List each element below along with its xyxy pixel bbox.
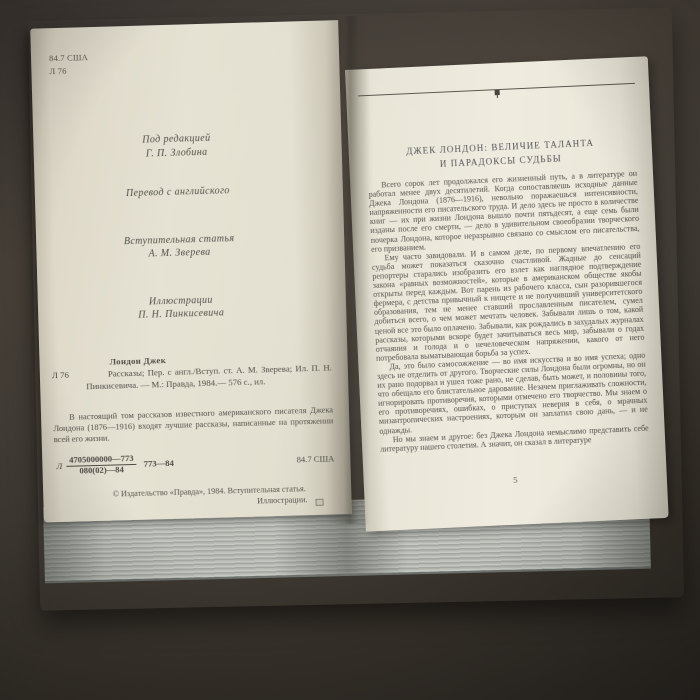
stamp-author-code: Л 76 [49,64,88,78]
right-page-content: ДЖЕК ЛОНДОН: ВЕЛИЧИЕ ТАЛАНТА И ПАРАДОКСЫ… [345,56,669,531]
fleuron-ornament-icon [494,90,499,98]
page-number: 5 [364,468,667,492]
right-page: ДЖЕК ЛОНДОН: ВЕЛИЧИЕ ТАЛАНТА И ПАРАДОКСЫ… [345,56,669,531]
printer-mark [315,499,323,506]
left-page: 84.7 США Л 76 Под редакцией Г. П. Злобин… [30,20,352,522]
number-prefix: Л [56,461,62,471]
header-rule [358,83,635,97]
classification-code: 84.7 США [296,454,334,465]
library-stamp: 84.7 США Л 76 [49,51,89,78]
essay-paragraph: Всего сорок лет продолжался его жизненны… [368,169,640,254]
catalog-number-fraction: 4705000000—773 080(02)—84 [66,454,137,477]
number-suffix: 773—84 [144,458,174,469]
stamp-class-code: 84.7 США [49,51,88,65]
essay-body: Всего сорок лет продолжался его жизненны… [368,169,649,454]
copyright-block: © Издательство «Правда», 1984. Вступител… [83,482,336,511]
essay-paragraph: Ему часто завидовали. И в самом деле, по… [371,242,645,363]
chapter-title: ДЖЕК ЛОНДОН: ВЕЛИЧИЕ ТАЛАНТА И ПАРАДОКСЫ… [349,134,653,175]
left-page-content: 84.7 США Л 76 Под редакцией Г. П. Злобин… [30,20,352,522]
fraction-denominator: 080(02)—84 [66,465,137,477]
annotation-text: В настоящий том рассказов известного аме… [53,404,334,445]
book-photo: 84.7 США Л 76 Под редакцией Г. П. Злобин… [0,0,700,700]
catalog-number-line: Л 4705000000—773 080(02)—84 773—84 84.7 … [56,448,334,477]
essay-paragraph: Да, это было самосожжение — во имя искус… [376,351,648,436]
editorial-block: Под редакцией Г. П. Злобина Перевод с ан… [33,129,324,325]
catalog-card: Лондон Джек Л 76 Рассказы; Пер. с англ./… [51,350,332,393]
catalog-code: Л 76 [52,370,87,394]
